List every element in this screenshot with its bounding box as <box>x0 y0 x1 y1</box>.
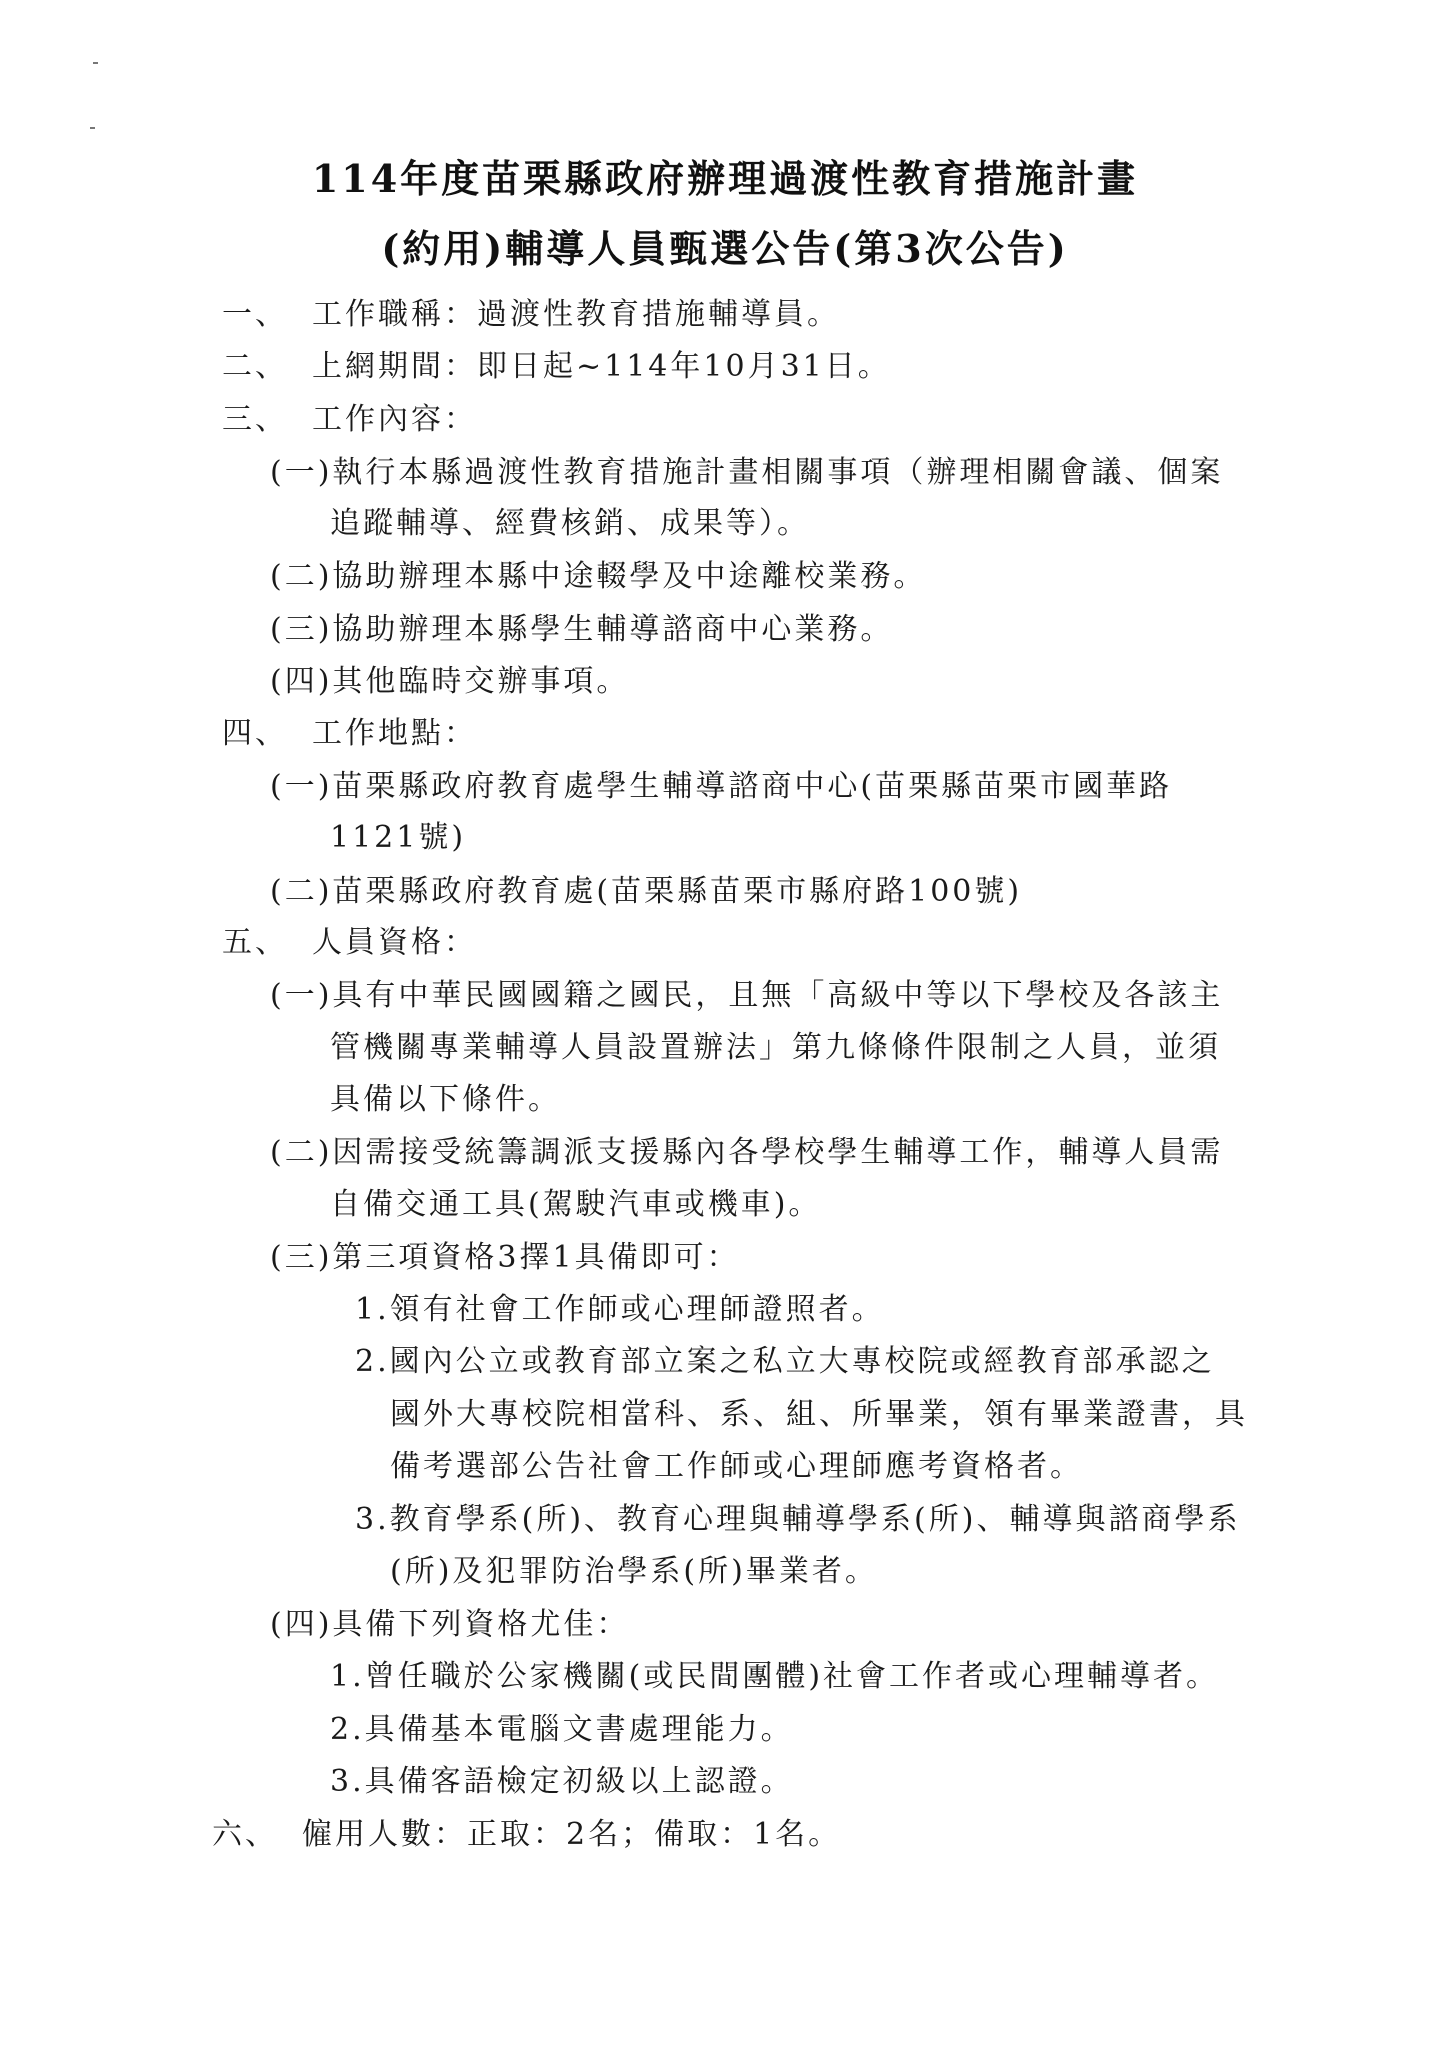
numbered-item: 2.具備基本電腦文書處理能力。 <box>330 1710 794 1750</box>
numbered-item-continuation: (所)及犯罪防治學系(所)畢業者。 <box>390 1552 878 1592</box>
numbered-item: 3.具備客語檢定初級以上認證。 <box>330 1762 794 1802</box>
list-item: (三)第三項資格3擇1具備即可： <box>270 1238 740 1278</box>
list-item-continuation: 1121號) <box>330 818 466 858</box>
section-number: 四、 <box>222 714 288 754</box>
section-number: 一、 <box>222 295 288 335</box>
scan-speck <box>93 62 98 64</box>
numbered-item: 1.曾任職於公家機關(或民間團體)社會工作者或心理輔導者。 <box>330 1657 1219 1697</box>
numbered-item-continuation: 備考選部公告社會工作師或心理師應考資格者。 <box>390 1447 1083 1487</box>
numbered-item: 3.教育學系(所)、教育心理與輔導學系(所)、輔導與諮商學系 <box>355 1500 1240 1540</box>
list-item: (二)協助辦理本縣中途輟學及中途離校業務。 <box>270 557 926 597</box>
list-item: (二)苗栗縣政府教育處(苗栗縣苗栗市縣府路100號) <box>270 872 1022 912</box>
section-text: 工作職稱：過渡性教育措施輔導員。 <box>312 295 840 335</box>
scan-speck <box>90 127 95 129</box>
section-text: 工作內容： <box>312 400 477 440</box>
document-page: 114年度苗栗縣政府辦理過渡性教育措施計畫 (約用)輔導人員甄選公告(第3次公告… <box>0 0 1450 2058</box>
list-item: (一)執行本縣過渡性教育措施計畫相關事項（辦理相關會議、個案 <box>270 453 1223 493</box>
section-number: 六、 <box>212 1815 278 1855</box>
document-title-line2: (約用)輔導人員甄選公告(第3次公告) <box>0 218 1450 273</box>
section-text: 工作地點： <box>312 714 477 754</box>
document-title-line1: 114年度苗栗縣政府辦理過渡性教育措施計畫 <box>0 148 1450 203</box>
numbered-item: 1.領有社會工作師或心理師證照者。 <box>355 1290 885 1330</box>
list-item-continuation: 管機關專業輔導人員設置辦法」第九條條件限制之人員，並須 <box>330 1028 1221 1068</box>
section-text: 上網期間：即日起~114年10月31日。 <box>312 347 891 387</box>
list-item-continuation: 自備交通工具(駕駛汽車或機車)。 <box>330 1185 821 1225</box>
numbered-item-continuation: 國外大專校院相當科、系、組、所畢業，領有畢業證書，具 <box>390 1395 1248 1435</box>
list-item: (一)具有中華民國國籍之國民，且無「高級中等以下學校及各該主 <box>270 976 1223 1016</box>
section-number: 五、 <box>222 923 288 963</box>
section-number: 二、 <box>222 347 288 387</box>
section-text: 僱用人數：正取：2名；備取：1名。 <box>302 1815 841 1855</box>
list-item: (三)協助辦理本縣學生輔導諮商中心業務。 <box>270 610 893 650</box>
section-number: 三、 <box>222 400 288 440</box>
list-item: (二)因需接受統籌調派支援縣內各學校學生輔導工作，輔導人員需 <box>270 1133 1223 1173</box>
list-item-continuation: 追蹤輔導、經費核銷、成果等）。 <box>330 504 810 544</box>
numbered-item: 2.國內公立或教育部立案之私立大專校院或經教育部承認之 <box>355 1342 1215 1382</box>
list-item: (四)其他臨時交辦事項。 <box>270 662 629 702</box>
list-item-continuation: 具備以下條件。 <box>330 1080 561 1120</box>
section-text: 人員資格： <box>312 923 477 963</box>
list-item: (一)苗栗縣政府教育處學生輔導諮商中心(苗栗縣苗栗市國華路 <box>270 767 1172 807</box>
list-item: (四)具備下列資格尤佳： <box>270 1605 629 1645</box>
